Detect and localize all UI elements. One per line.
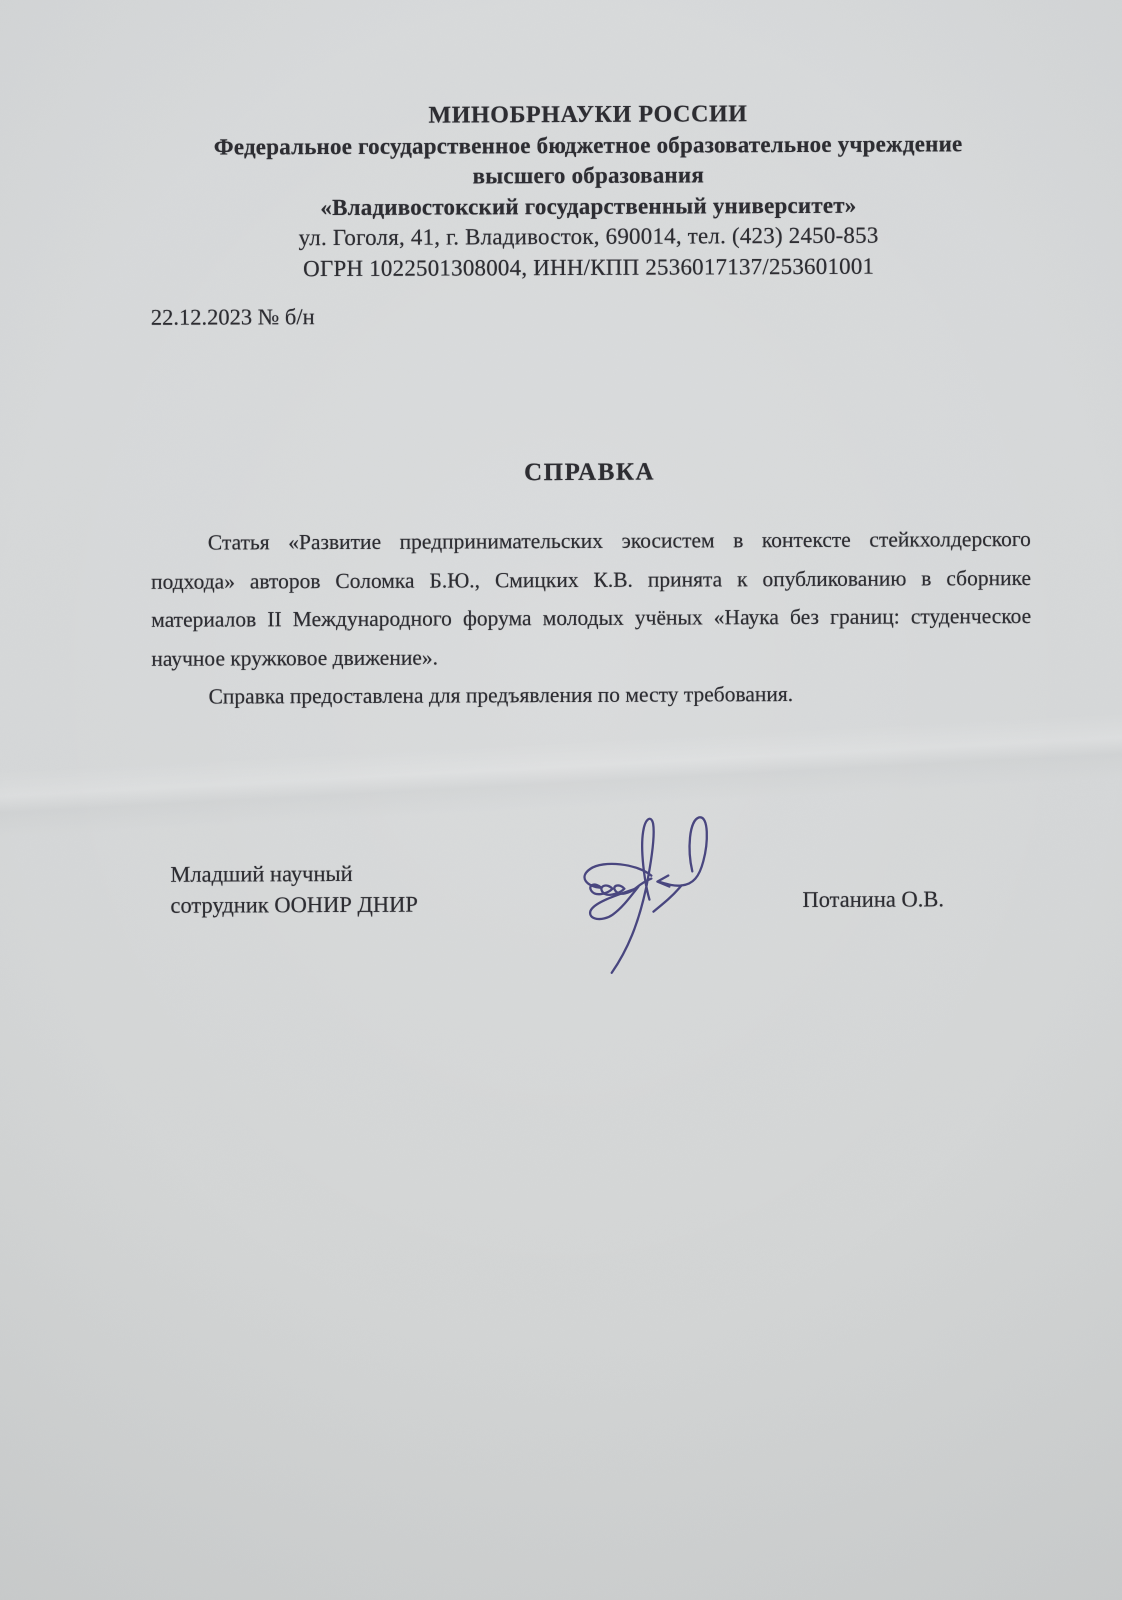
document-content: МИНОБРНАУКИ РОССИИ Федеральное государст… <box>0 0 1122 1600</box>
letterhead: МИНОБРНАУКИ РОССИИ Федеральное государст… <box>147 98 1030 285</box>
body-line-text: подхода» авторов Соломка Б.Ю., Смицких К… <box>151 565 1031 593</box>
body-line: материалов II Международного форума моло… <box>151 597 1031 639</box>
position-line-1: Младший научный <box>170 859 418 891</box>
institution-line-1: Федеральное государственное бюджетное об… <box>147 128 1029 162</box>
body-line: подхода» авторов Соломка Б.Ю., Смицких К… <box>151 558 1031 600</box>
signature-position-title: Младший научный сотрудник ООНИР ДНИР <box>170 859 418 921</box>
body-line-text: Статья «Развитие предпринимательских эко… <box>208 527 1031 555</box>
ministry-line: МИНОБРНАУКИ РОССИИ <box>147 98 1029 132</box>
body-line-text: научное кружковое движение». <box>151 645 438 670</box>
body-line-text: материалов II Международного форума моло… <box>151 604 1031 632</box>
body-line: Статья «Развитие предпринимательских эко… <box>151 520 1031 562</box>
handwritten-signature-icon <box>545 789 766 990</box>
university-name-line: «Владивостокский государственный универс… <box>147 189 1029 223</box>
institution-line-2: высшего образования <box>147 159 1029 193</box>
body-paragraph: Статья «Развитие предпринимательских эко… <box>151 520 1032 716</box>
body-line: научное кружковое движение». <box>151 635 1031 677</box>
body-line-text: Справка предоставлена для предъявления п… <box>208 682 793 709</box>
registration-line: ОГРН 1022501308004, ИНН/КПП 2536017137/2… <box>148 250 1030 284</box>
address-line: ул. Гоголя, 41, г. Владивосток, 690014, … <box>147 220 1029 254</box>
position-line-2: сотрудник ООНИР ДНИР <box>170 889 418 921</box>
signatory-name: Потанина О.В. <box>802 886 944 913</box>
document-page: МИНОБРНАУКИ РОССИИ Федеральное государст… <box>0 0 1122 1600</box>
date-number-line: 22.12.2023 № б/н <box>151 304 315 331</box>
document-title: СПРАВКА <box>149 457 1031 489</box>
body-line: Справка предоставлена для предъявления п… <box>151 674 1031 716</box>
